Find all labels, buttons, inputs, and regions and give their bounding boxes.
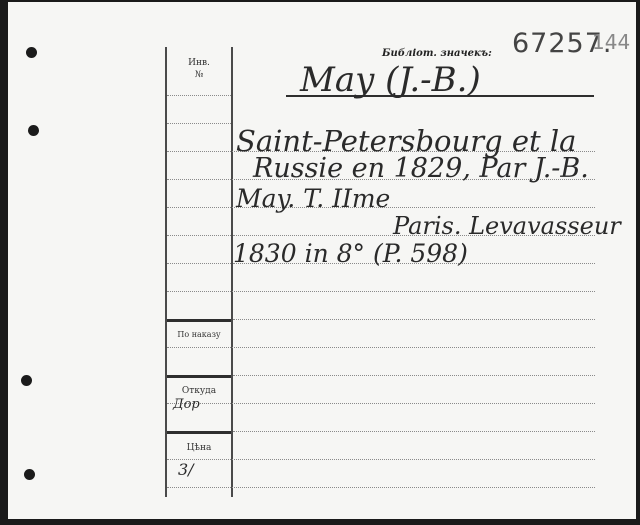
section-divider	[167, 375, 231, 378]
punch-hole	[21, 375, 32, 386]
ruled-line	[233, 375, 595, 376]
price-value: 3/	[178, 460, 194, 479]
section-divider	[167, 319, 231, 322]
price-label: Цѣна	[167, 443, 231, 453]
ruled-line	[233, 319, 595, 320]
library-mark-label: Библіот. значекъ:	[382, 48, 492, 59]
ruled-line	[167, 123, 231, 124]
inv-label: Инв.	[167, 58, 231, 68]
ruled-line	[167, 459, 595, 460]
source-value: Дор	[173, 397, 200, 412]
punch-hole	[26, 47, 37, 58]
pencil-note: 144	[592, 30, 630, 54]
ruled-line	[167, 95, 231, 96]
ruled-line	[167, 487, 595, 488]
ruled-line	[167, 291, 595, 292]
ruled-line	[167, 263, 231, 264]
catalog-card: Инв. № По наказу Откуда Дор Цѣна 3/ Библ…	[8, 2, 636, 519]
number-sign: №	[167, 70, 231, 80]
section-divider	[167, 431, 231, 434]
column-border-left	[165, 47, 167, 497]
title-line-2: Russie en 1829, Par J.-B.	[253, 153, 589, 184]
title-line-3: May. T. IIme	[236, 184, 390, 213]
punch-hole	[24, 469, 35, 480]
source-label: Откуда	[167, 386, 231, 396]
author-heading: May (J.-B.)	[300, 60, 481, 100]
ruled-line	[233, 431, 595, 432]
ruled-line	[167, 235, 231, 236]
ruled-line	[167, 347, 595, 348]
title-line-4: Paris. Levavasseur	[393, 212, 621, 240]
title-line-5: 1830 in 8° (P. 598)	[233, 239, 468, 268]
order-label: По наказу	[167, 330, 231, 339]
punch-hole	[28, 125, 39, 136]
ruled-line	[167, 403, 595, 404]
column-border-right	[231, 47, 233, 497]
